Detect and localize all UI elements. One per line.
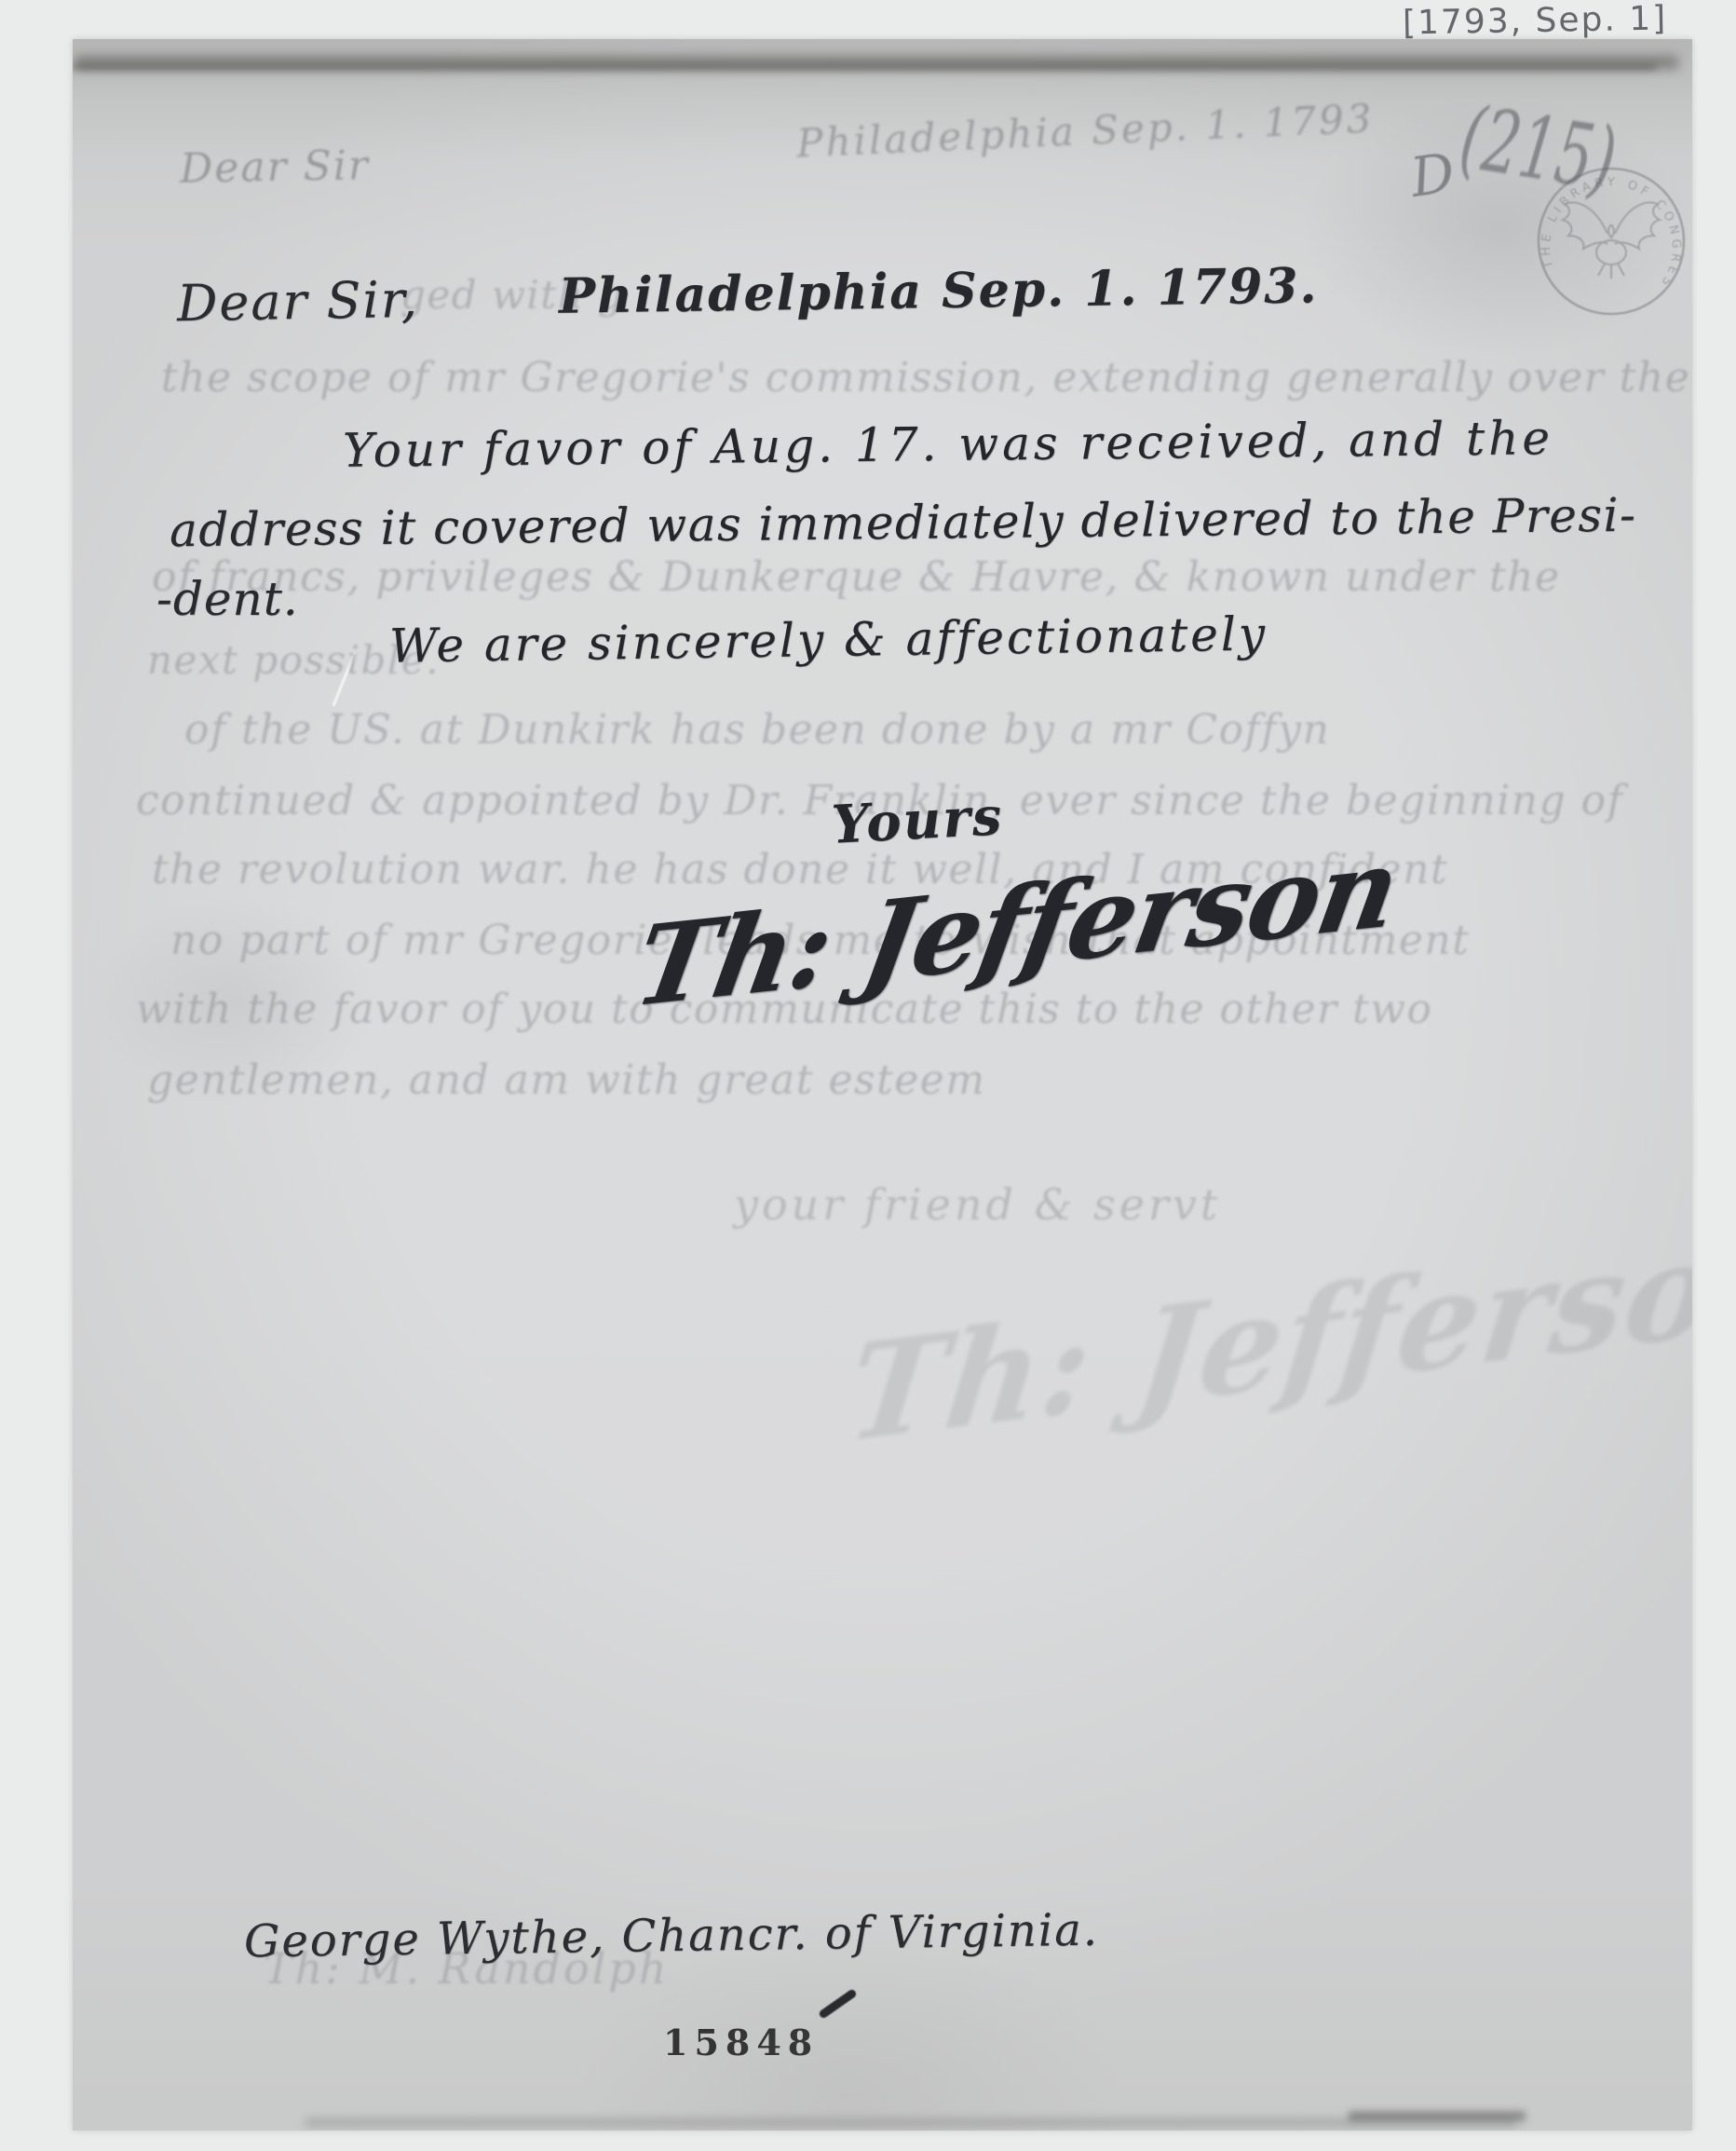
page-number-mark: (215) xyxy=(1454,86,1623,211)
catalog-number: 15848 xyxy=(663,2022,819,2063)
top-edge-smudge-dark xyxy=(73,64,1656,70)
bleedthrough-line: of francs, privileges & Dunkerque & Havr… xyxy=(152,553,1561,601)
ghost-signature: Th: Jefferson xyxy=(840,1199,1692,1473)
pencil-ghost-dateline: Philadelphia Sep. 1. 1793 xyxy=(795,95,1375,166)
ink-blot xyxy=(818,1988,858,2020)
document-scan: [1793, Sep. 1] TH xyxy=(0,0,1736,2151)
ghost-closing: your friend & servt xyxy=(734,1179,1221,1230)
series-mark: D xyxy=(1406,141,1458,210)
stamp-eagle-icon xyxy=(1563,202,1660,279)
bottom-edge-smudge xyxy=(305,2118,1516,2127)
archival-date-note: [1793, Sep. 1] xyxy=(1403,0,1668,42)
bleedthrough-line: gentlemen, and am with great esteem xyxy=(147,1056,986,1104)
bottom-edge-smudge-dark xyxy=(1349,2111,1526,2121)
bleedthrough-line: of the US. at Dunkirk has been done by a… xyxy=(184,706,1330,754)
bleedthrough-line: the scope of mr Gregorie's commission, e… xyxy=(161,354,1690,402)
closing-line: We are sincerely & affectionately xyxy=(389,606,1268,673)
letter-salutation: Dear Sir, xyxy=(176,270,419,334)
body-line: -dent. xyxy=(156,572,299,626)
body-line: address it covered was immediately deliv… xyxy=(170,488,1637,557)
recipient-address: George Wythe, Chancr. of Virginia. xyxy=(244,1904,1100,1968)
pencil-ghost-salutation: Dear Sir xyxy=(180,142,371,193)
letter-dateline: Philadelphia Sep. 1. 1793. xyxy=(559,257,1319,324)
paper: THE LIBRARY OF CONGRESS D (215) Dear Sir… xyxy=(73,39,1692,2131)
top-edge-smudge xyxy=(75,56,1678,69)
body-line: Your favor of Aug. 17. was received, and… xyxy=(343,411,1553,478)
closing-yours: Yours xyxy=(830,785,1004,856)
